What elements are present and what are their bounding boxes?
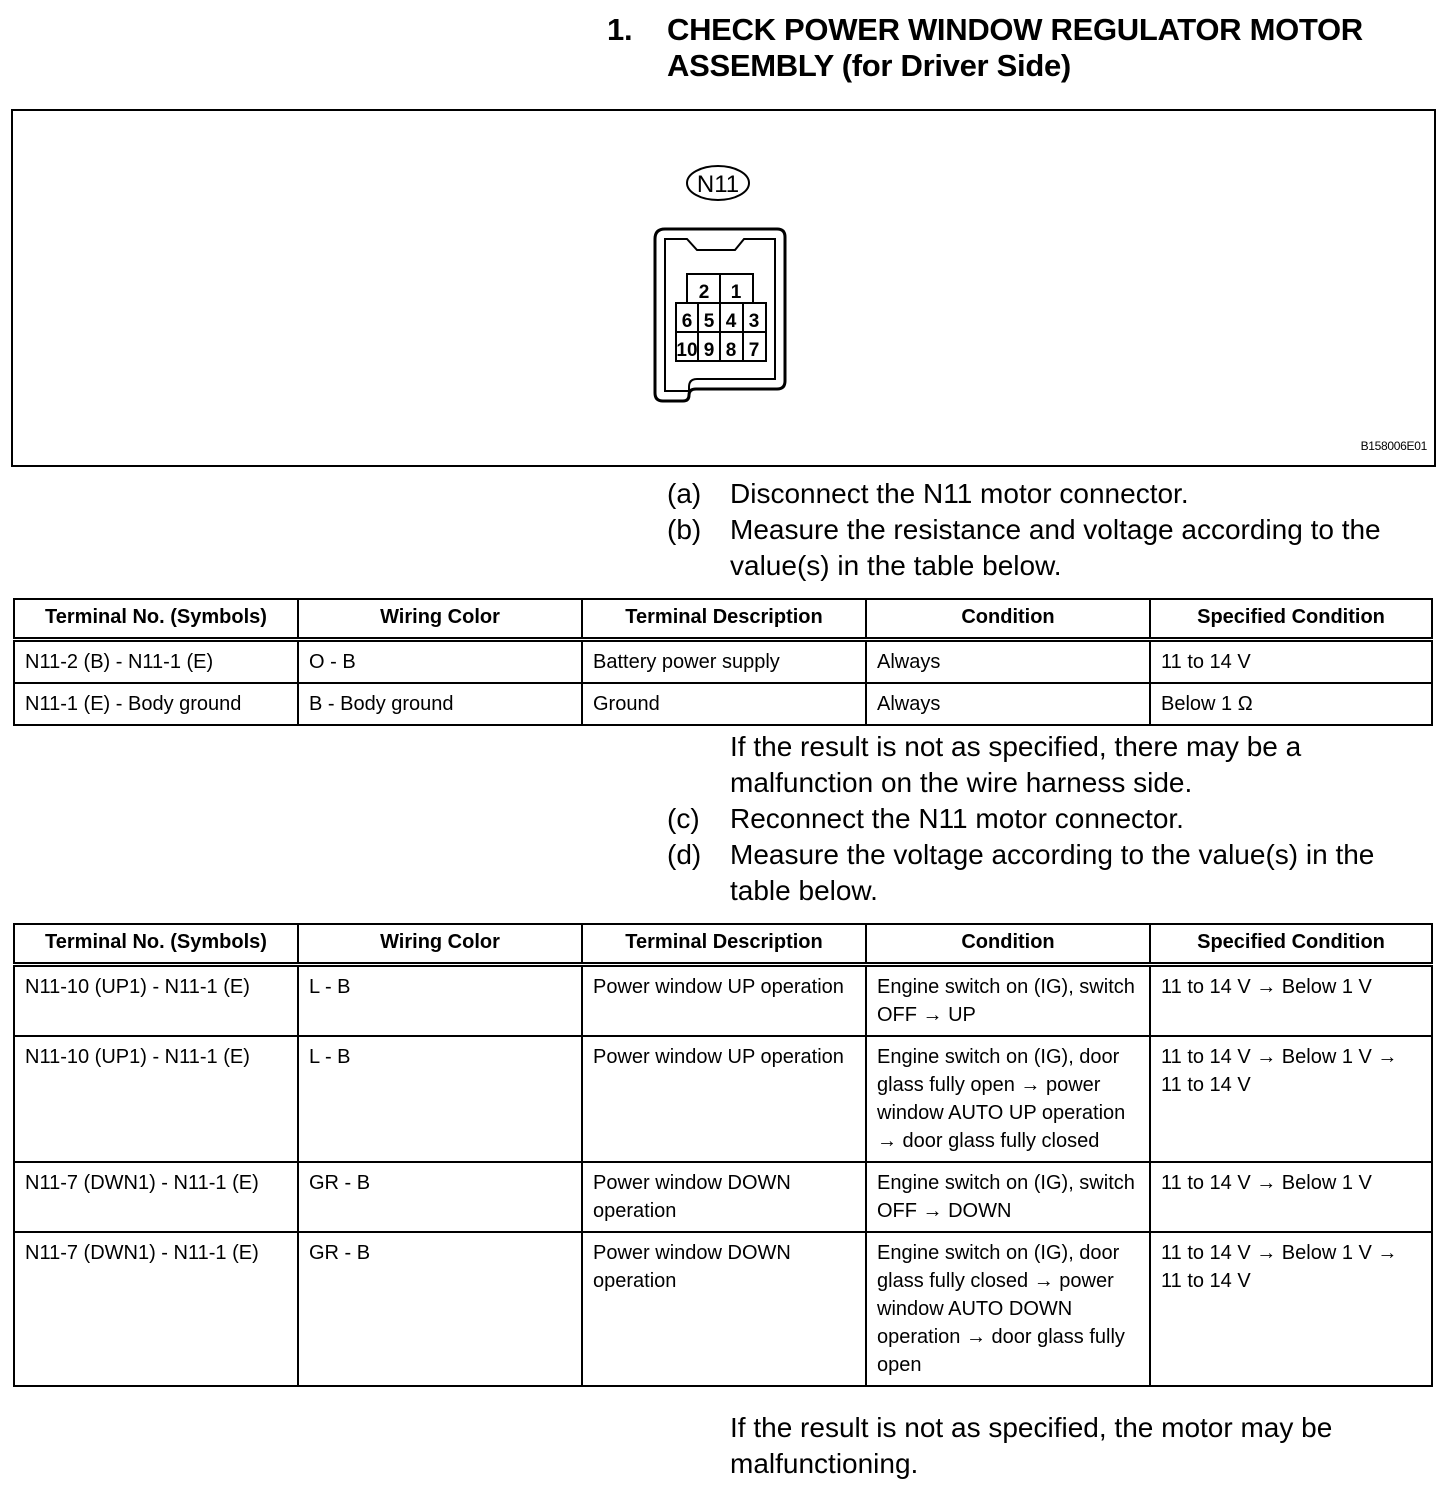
note-motor-malfunction: If the result is not as specified, the m… [730, 1410, 1450, 1482]
cell-wiring-color: L - B [298, 965, 582, 1037]
cell-wiring-color: GR - B [298, 1162, 582, 1232]
cell-specified-condition: 11 to 14 V → Below 1 V [1150, 965, 1432, 1037]
cell-condition: Engine switch on (IG), switch OFF → UP [866, 965, 1150, 1037]
header-condition: Condition [866, 924, 1150, 965]
cell-terminal-description: Power window DOWN operation [582, 1162, 866, 1232]
header-wiring-color: Wiring Color [298, 924, 582, 965]
svg-text:10: 10 [676, 340, 697, 361]
svg-text:9: 9 [704, 340, 715, 361]
cell-specified-condition: Below 1 Ω [1150, 683, 1432, 725]
cell-terminal-description: Power window UP operation [582, 1036, 866, 1162]
cell-wiring-color: B - Body ground [298, 683, 582, 725]
cell-terminal: N11-7 (DWN1) - N11-1 (E) [14, 1232, 298, 1386]
svg-text:2: 2 [699, 282, 710, 303]
connector-figure: N11 21654310987 B158006E01 [11, 109, 1436, 467]
step-label: (a) [667, 476, 701, 512]
cell-terminal: N11-2 (B) - N11-1 (E) [14, 640, 298, 684]
table-row: N11-7 (DWN1) - N11-1 (E)GR - BPower wind… [14, 1162, 1432, 1232]
step-label: (c) [667, 801, 700, 837]
resistance-voltage-table: Terminal No. (Symbols) Wiring Color Term… [13, 598, 1433, 726]
cell-specified-condition: 11 to 14 V → Below 1 V → 11 to 14 V [1150, 1232, 1432, 1386]
step-b: (b) Measure the resistance and voltage a… [667, 512, 1447, 584]
header-terminal-description: Terminal Description [582, 924, 866, 965]
step-a: (a) Disconnect the N11 motor connector. [667, 476, 1447, 512]
cell-condition: Engine switch on (IG), door glass fully … [866, 1232, 1150, 1386]
cell-specified-condition: 11 to 14 V → Below 1 V [1150, 1162, 1432, 1232]
svg-text:1: 1 [731, 282, 742, 303]
step-c: (c) Reconnect the N11 motor connector. [667, 801, 1447, 837]
cell-terminal-description: Power window DOWN operation [582, 1232, 866, 1386]
step-text: Reconnect the N11 motor connector. [730, 801, 1430, 837]
cell-specified-condition: 11 to 14 V [1150, 640, 1432, 684]
cell-wiring-color: GR - B [298, 1232, 582, 1386]
table-row: N11-1 (E) - Body groundB - Body groundGr… [14, 683, 1432, 725]
cell-condition: Engine switch on (IG), switch OFF → DOWN [866, 1162, 1150, 1232]
step-label: (d) [667, 837, 701, 873]
connector-diagram-icon: N11 21654310987 [13, 111, 1434, 465]
cell-terminal: N11-1 (E) - Body ground [14, 683, 298, 725]
cell-terminal-description: Power window UP operation [582, 965, 866, 1037]
svg-text:N11: N11 [697, 171, 739, 198]
heading-number: 1. [607, 12, 632, 48]
cell-terminal: N11-7 (DWN1) - N11-1 (E) [14, 1162, 298, 1232]
svg-text:7: 7 [749, 340, 760, 361]
step-d: (d) Measure the voltage according to the… [667, 837, 1447, 909]
cell-terminal: N11-10 (UP1) - N11-1 (E) [14, 1036, 298, 1162]
note-wire-harness: If the result is not as specified, there… [730, 729, 1450, 801]
voltage-table: Terminal No. (Symbols) Wiring Color Term… [13, 923, 1433, 1387]
header-specified-condition: Specified Condition [1150, 599, 1432, 640]
svg-text:8: 8 [726, 340, 737, 361]
cell-wiring-color: O - B [298, 640, 582, 684]
header-terminal: Terminal No. (Symbols) [14, 599, 298, 640]
step-text: Disconnect the N11 motor connector. [730, 476, 1430, 512]
header-terminal-description: Terminal Description [582, 599, 866, 640]
svg-text:6: 6 [682, 311, 693, 332]
step-text: Measure the voltage according to the val… [730, 837, 1430, 909]
cell-terminal: N11-10 (UP1) - N11-1 (E) [14, 965, 298, 1037]
header-specified-condition: Specified Condition [1150, 924, 1432, 965]
header-wiring-color: Wiring Color [298, 599, 582, 640]
cell-terminal-description: Ground [582, 683, 866, 725]
cell-condition: Always [866, 683, 1150, 725]
step-label: (b) [667, 512, 701, 548]
table-header-row: Terminal No. (Symbols) Wiring Color Term… [14, 599, 1432, 640]
svg-text:5: 5 [704, 311, 715, 332]
table-row: N11-7 (DWN1) - N11-1 (E)GR - BPower wind… [14, 1232, 1432, 1386]
svg-text:4: 4 [726, 311, 737, 332]
table-row: N11-10 (UP1) - N11-1 (E)L - BPower windo… [14, 965, 1432, 1037]
step-text: Measure the resistance and voltage accor… [730, 512, 1430, 584]
table-row: N11-2 (B) - N11-1 (E)O - BBattery power … [14, 640, 1432, 684]
table-header-row: Terminal No. (Symbols) Wiring Color Term… [14, 924, 1432, 965]
svg-text:3: 3 [749, 311, 760, 332]
figure-id: B158006E01 [1361, 439, 1427, 453]
cell-condition: Always [866, 640, 1150, 684]
header-condition: Condition [866, 599, 1150, 640]
table-row: N11-10 (UP1) - N11-1 (E)L - BPower windo… [14, 1036, 1432, 1162]
cell-condition: Engine switch on (IG), door glass fully … [866, 1036, 1150, 1162]
cell-wiring-color: L - B [298, 1036, 582, 1162]
heading-title: CHECK POWER WINDOW REGULATOR MOTOR ASSEM… [667, 12, 1427, 84]
cell-terminal-description: Battery power supply [582, 640, 866, 684]
cell-specified-condition: 11 to 14 V → Below 1 V → 11 to 14 V [1150, 1036, 1432, 1162]
header-terminal: Terminal No. (Symbols) [14, 924, 298, 965]
